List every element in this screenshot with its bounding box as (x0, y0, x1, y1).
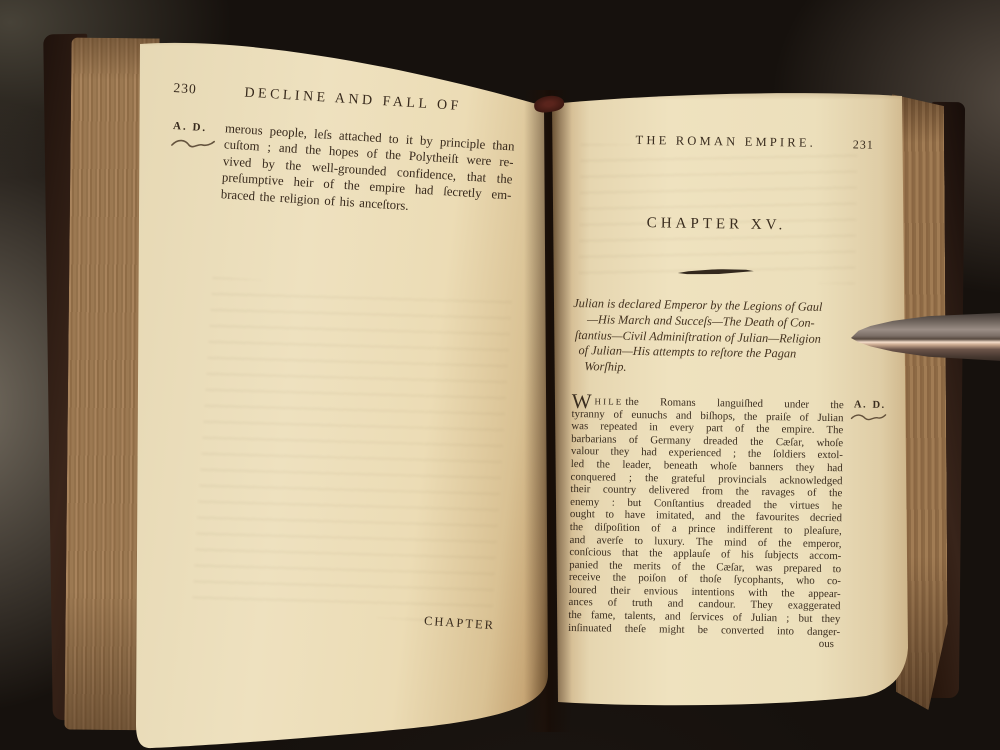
chapter-argument: Julian is declared Emperor by the Legion… (572, 296, 857, 379)
running-title: THE ROMAN EMPIRE. (635, 133, 816, 151)
page-number: 231 (853, 137, 874, 152)
right-page-content: THE ROMAN EMPIRE. 231 CHAPTER XV. Julian… (568, 130, 860, 651)
book-photograph: 230 DECLINE AND FALL OF A. D. merous peo… (0, 0, 1000, 750)
right-page: THE ROMAN EMPIRE. 231 CHAPTER XV. Julian… (546, 90, 910, 714)
right-page-header: THE ROMAN EMPIRE. 231 (576, 130, 860, 152)
flourish-underline-icon (849, 411, 887, 422)
left-page: 230 DECLINE AND FALL OF A. D. merous peo… (132, 34, 548, 750)
open-book: 230 DECLINE AND FALL OF A. D. merous peo… (48, 22, 960, 728)
left-page-content: 230 DECLINE AND FALL OF A. D. merous peo… (167, 80, 518, 220)
small-caps: HILE (594, 396, 623, 406)
page-number: 230 (173, 80, 230, 99)
left-paragraph: A. D. merous people, leſs attached to it… (167, 117, 515, 220)
swelled-rule-ornament (678, 268, 754, 275)
text-line: Worſhip. (572, 359, 856, 379)
chapter-heading: CHAPTER XV. (574, 214, 858, 235)
catchword: CHAPTER (424, 614, 496, 634)
gutter-shadow (524, 90, 572, 732)
left-page-header: 230 DECLINE AND FALL OF (173, 80, 517, 119)
margin-note: A. D. (173, 120, 208, 134)
running-title: DECLINE AND FALL OF (229, 85, 478, 117)
show-through-text (192, 277, 512, 625)
flourish-underline-icon (170, 136, 217, 151)
body-paragraph: A. D. WHILEthe Romans languiſhed under t… (568, 395, 844, 651)
